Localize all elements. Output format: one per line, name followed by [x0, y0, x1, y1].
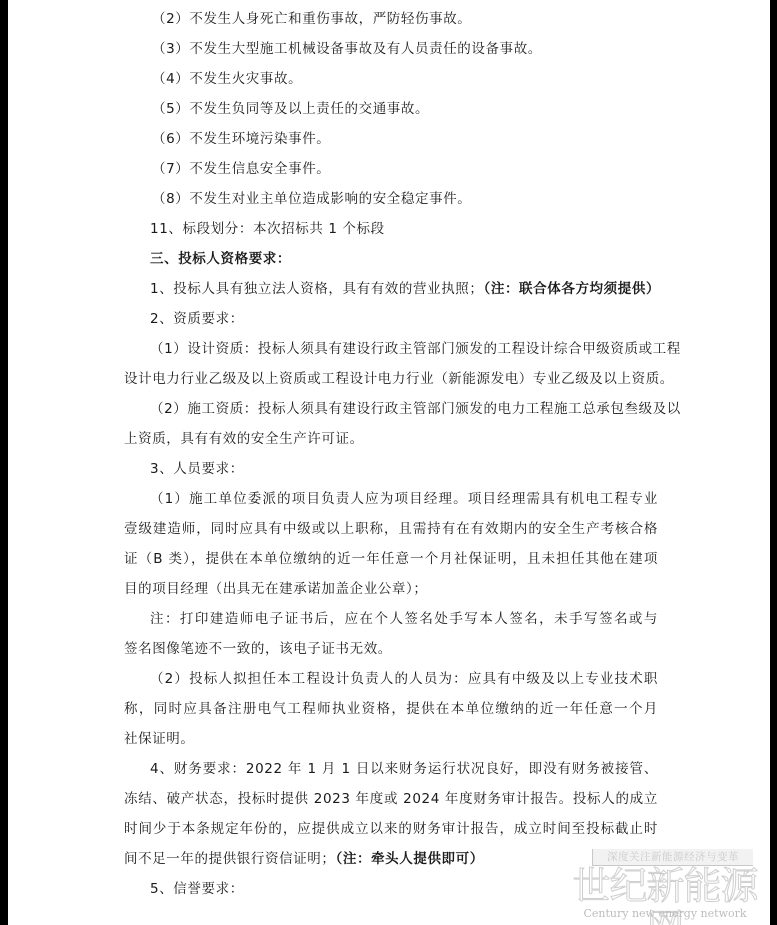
paragraph-accident-7: （7）不发生信息安全事件。 [152, 159, 686, 179]
paragraph-lot-division: 11、标段划分：本次招标共 1 个标段 [150, 219, 684, 239]
left-border-bar [0, 0, 8, 925]
finance-last-note: （注：牵头人提供即可） [336, 851, 484, 867]
finance-line-2: 冻结、破产状态，投标时提供 2023 年度或 2024 年度财务审计报告。投标人… [124, 789, 658, 809]
paragraph-legal-entity: 1、投标人具有独立法人资格，具有有效的营业执照；（注：联合体各方均须提供） [150, 279, 684, 299]
construction-qualification-line-1: （2）施工资质：投标人须具有建设行政主管部门颁发的电力工程施工总承包叁级及以 [150, 399, 658, 419]
personnel-2-line-3: 社保证明。 [124, 729, 658, 749]
legal-entity-note: （注：联合体各方均须提供） [484, 281, 661, 297]
personnel-1-line-4: 目的项目经理（出具无在建承诺加盖企业公章）； [124, 579, 658, 599]
construction-qualification-line-2: 上资质，具有有效的安全生产许可证。 [124, 429, 658, 449]
legal-entity-text: 1、投标人具有独立法人资格，具有有效的营业执照； [150, 281, 484, 297]
personnel-2-line-1: （2）投标人拟担任本工程设计负责人的人员为：应具有中级及以上专业技术职 [150, 669, 658, 689]
watermark-english: Century new energy network [560, 907, 770, 920]
finance-line-3: 时间少于本条规定年份的，应提供成立以来的财务审计报告，成立时间至投标截止时 [124, 819, 658, 839]
paragraph-accident-3: （3）不发生大型施工机械设备事故及有人员责任的设备事故。 [152, 39, 686, 59]
personnel-1-line-2: 壹级建造师，同时应具有中级或以上职称，且需持有在有效期内的安全生产考核合格 [124, 519, 658, 539]
paragraph-accident-2: （2）不发生人身死亡和重伤事故，严防轻伤事故。 [152, 9, 686, 29]
note-line-2: 签名图像笔迹不一致的，该电子证书无效。 [124, 639, 658, 659]
right-border-bar [770, 0, 777, 925]
subheading-qualification: 2、资质要求： [150, 309, 684, 329]
paragraph-accident-6: （6）不发生环境污染事件。 [152, 129, 686, 149]
subheading-personnel: 3、人员要求： [150, 459, 684, 479]
note-line-1: 注：打印建造师电子证书后，应在个人签名处手写本人签名，未手写签名或与 [150, 609, 658, 629]
finance-line-4: 间不足一年的提供银行资信证明；（注：牵头人提供即可） [124, 849, 658, 869]
finance-line-1: 4、财务要求：2022 年 1 月 1 日以来财务运行状况良好，即没有财务被接管… [150, 759, 658, 779]
paragraph-accident-8: （8）不发生对业主单位造成影响的安全稳定事件。 [152, 189, 686, 209]
paragraph-accident-5: （5）不发生负同等及以上责任的交通事故。 [152, 99, 686, 119]
design-qualification-line-2: 设计电力行业乙级及以上资质或工程设计电力行业（新能源发电）专业乙级及以上资质。 [124, 369, 658, 389]
personnel-1-line-1: （1）施工单位委派的项目负责人应为项目经理。项目经理需具有机电工程专业 [150, 489, 658, 509]
design-qualification-line-1: （1）设计资质：投标人须具有建设行政主管部门颁发的工程设计综合甲级资质或工程 [150, 339, 658, 359]
personnel-1-line-3: 证（B 类），提供在本单位缴纳的近一年任意一个月社保证明，且未担任其他在建项 [124, 549, 658, 569]
personnel-2-line-2: 称，同时应具备注册电气工程师执业资格，提供在本单位缴纳的近一年任意一个月 [124, 699, 658, 719]
paragraph-accident-4: （4）不发生火灾事故。 [152, 69, 686, 89]
section-heading-bidder-qualifications: 三、投标人资格要求： [150, 249, 684, 269]
finance-last-text: 间不足一年的提供银行资信证明； [124, 851, 336, 867]
subheading-reputation: 5、信誉要求： [150, 879, 684, 899]
